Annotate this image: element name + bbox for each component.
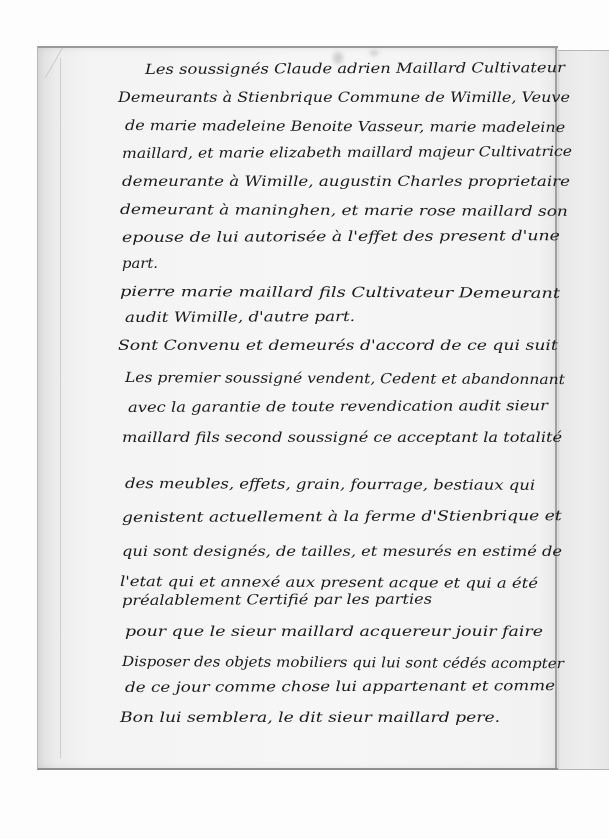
manuscript-line: Sont Convenu et demeurés d'accord de ce … <box>118 336 558 358</box>
manuscript-line: part. <box>122 254 158 276</box>
manuscript-line: préalablement Certifié par les parties <box>122 590 432 613</box>
ink-smudge <box>370 50 378 56</box>
manuscript-line: demeurante à Wimille, augustin Charles p… <box>122 172 570 194</box>
manuscript-line: maillard, et marie elizabeth maillard ma… <box>122 142 572 166</box>
folded-corner <box>21 48 63 78</box>
manuscript-line: de ce jour comme chose lui appartenant e… <box>125 676 555 700</box>
manuscript-line: epouse de lui autorisée à l'effet des pr… <box>122 226 560 250</box>
manuscript-line: Disposer des objets mobiliers qui lui so… <box>122 652 564 676</box>
manuscript-line: de marie madeleine Benoite Vasseur, mari… <box>125 116 565 140</box>
paper-crease <box>60 58 61 758</box>
manuscript-line: pierre marie maillard fils Cultivateur D… <box>120 282 560 306</box>
manuscript-line: pour que le sieur maillard acquereur jou… <box>125 622 543 644</box>
manuscript-line: demeurant à maninghen, et marie rose mai… <box>120 200 568 224</box>
manuscript-line: maillard fils second soussigné ce accept… <box>122 428 562 450</box>
manuscript-line: Les premier soussigné vendent, Cedent et… <box>125 368 565 392</box>
manuscript-line: qui sont designés, de tailles, et mesuré… <box>122 542 562 564</box>
manuscript-line: genistent actuellement à la ferme d'Stie… <box>122 506 562 530</box>
manuscript-line: avec la garantie de toute revendication … <box>128 396 548 420</box>
manuscript-line: des meubles, effets, grain, fourrage, be… <box>125 474 535 498</box>
manuscript-line: audit Wimille, d'autre part. <box>125 307 355 330</box>
manuscript-line: Bon lui semblera, le dit sieur maillard … <box>120 708 500 730</box>
manuscript-line: Les soussignés Claude adrien Maillard Cu… <box>145 58 565 82</box>
scanned-document: Les soussignés Claude adrien Maillard Cu… <box>0 0 609 839</box>
manuscript-line: Demeurants à Stienbrique Commune de Wimi… <box>118 88 570 110</box>
